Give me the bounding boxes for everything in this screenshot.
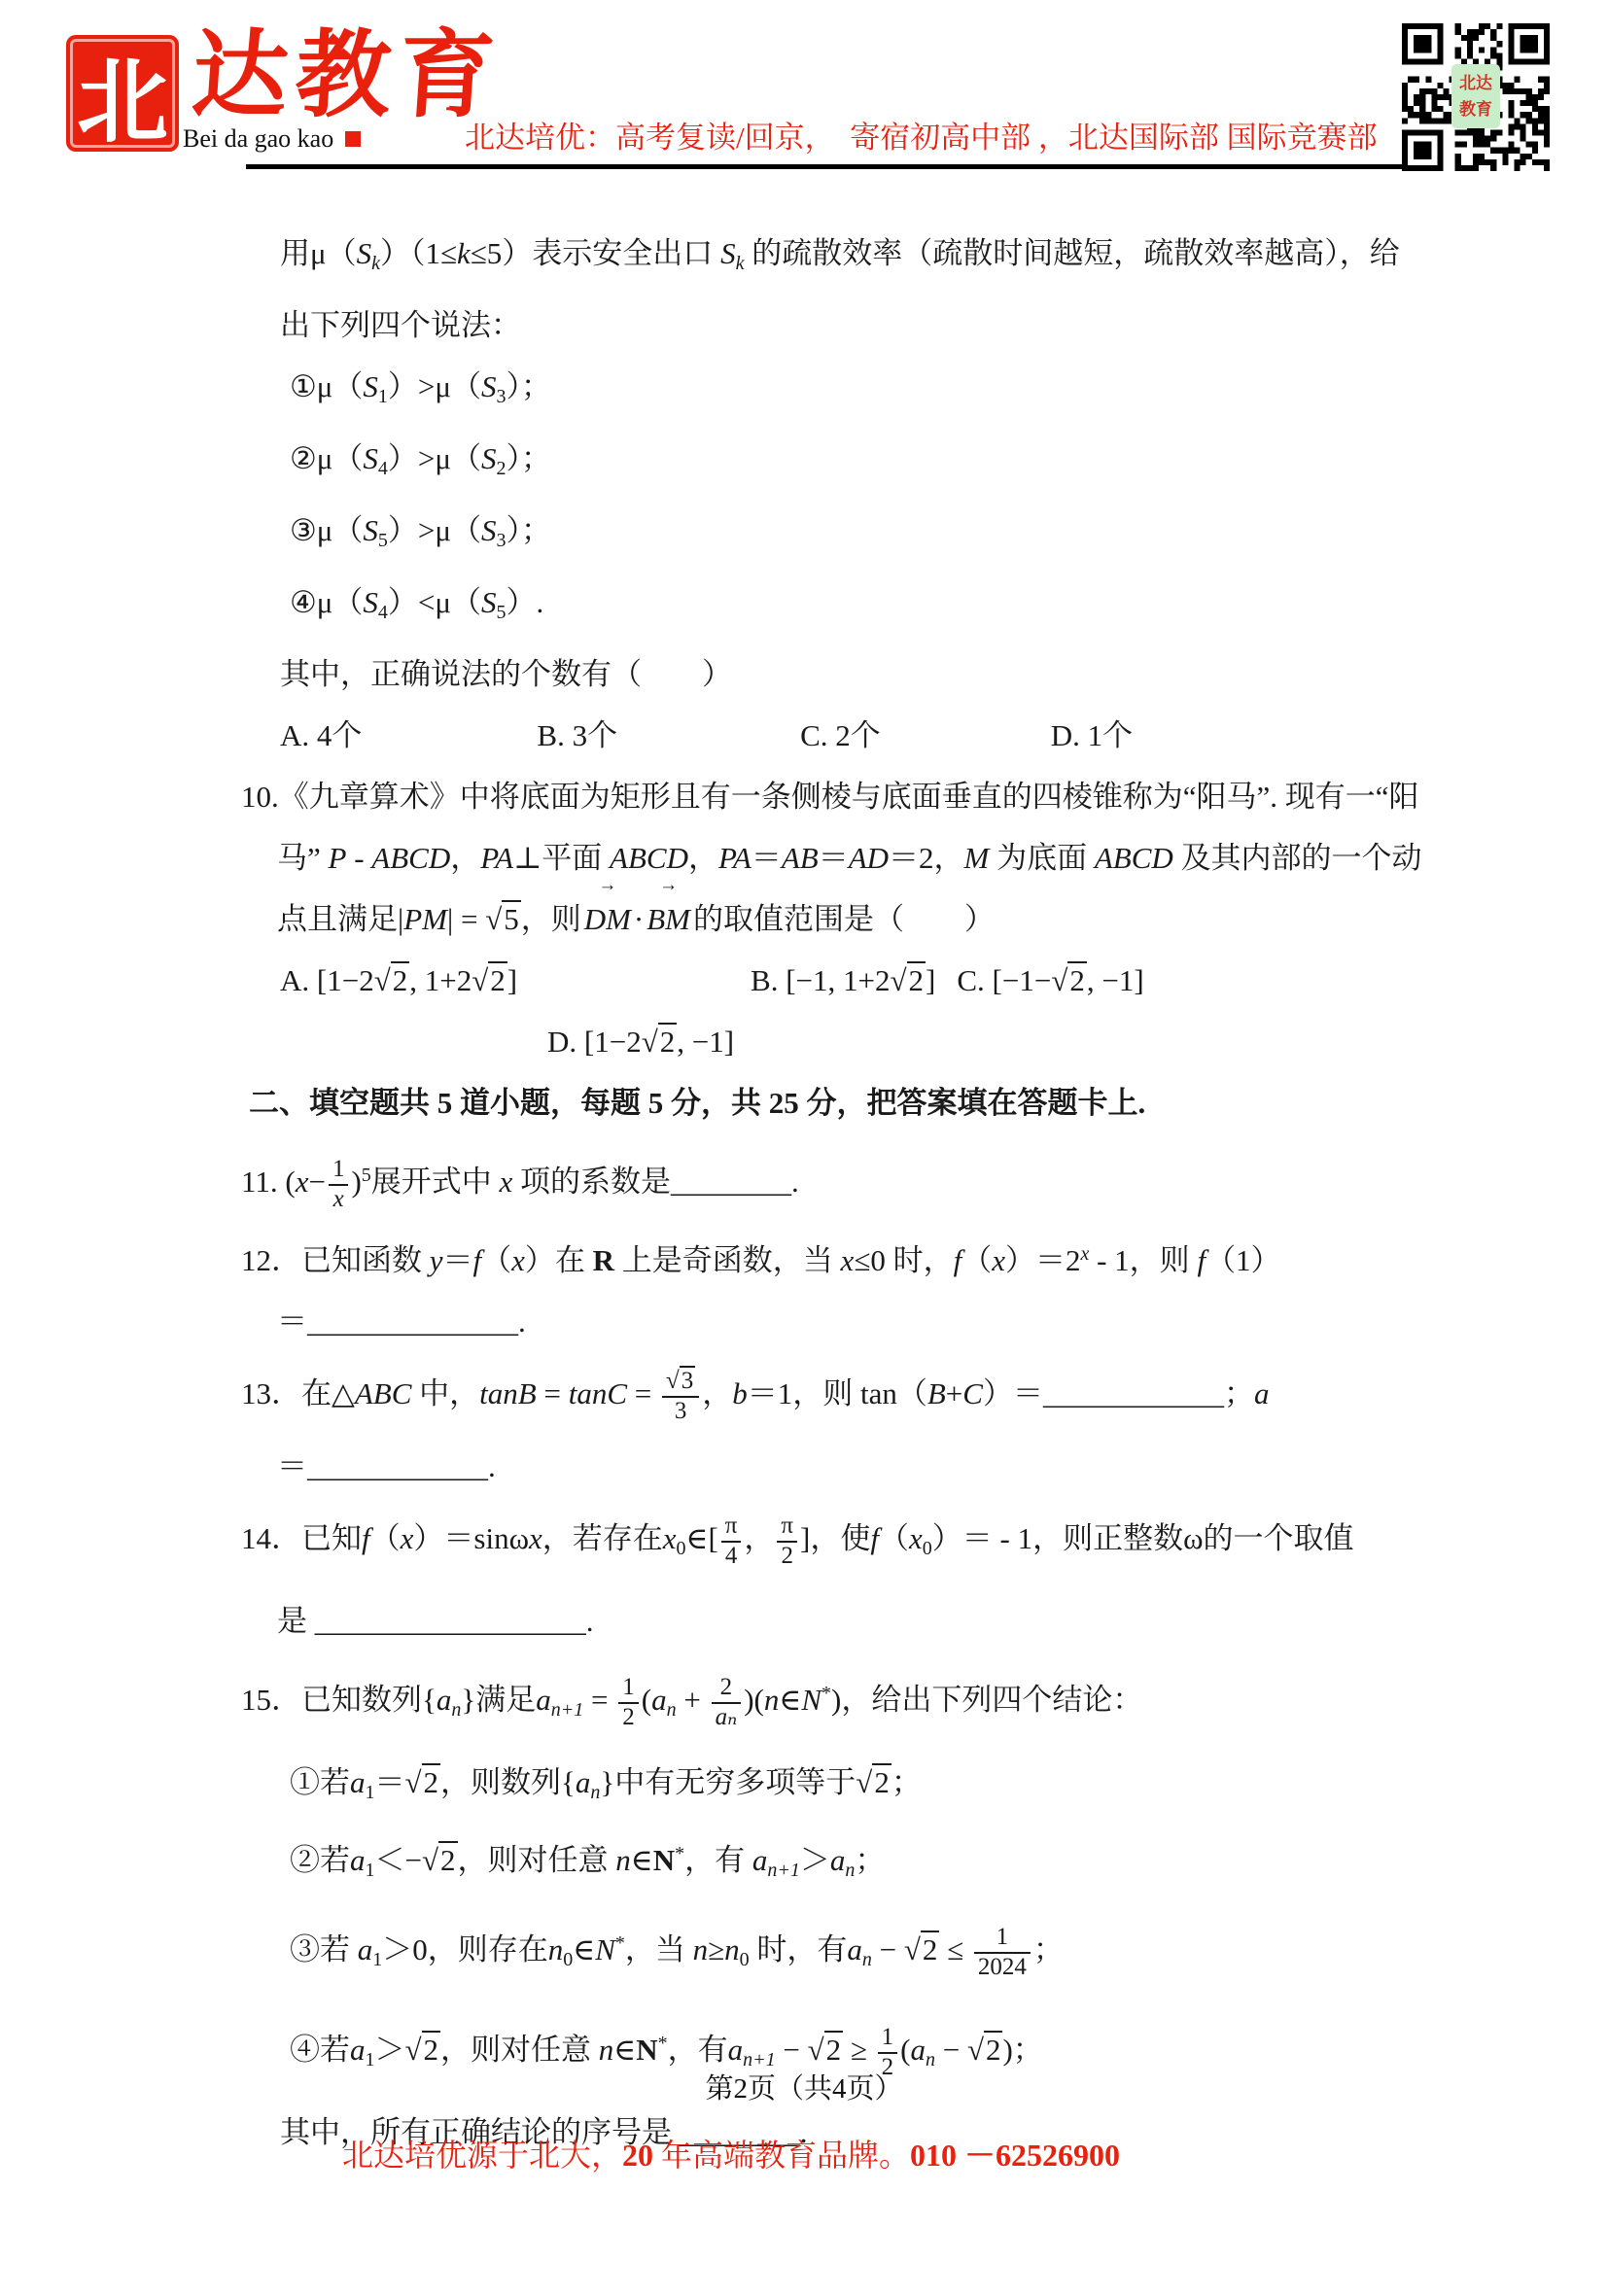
- math-variable: a: [536, 1683, 551, 1717]
- bold-text: R: [593, 1243, 614, 1277]
- text-run: ]，使: [800, 1521, 870, 1555]
- math-variable: x: [909, 1521, 923, 1555]
- text-run: ，则数列{: [440, 1765, 576, 1799]
- text-run: ∈: [631, 1843, 653, 1877]
- math-variable: x: [529, 1521, 542, 1555]
- math-variable: a: [847, 1932, 862, 1966]
- text-run: )；: [1002, 2033, 1042, 2067]
- sqrt-radical: √2: [856, 1763, 891, 1799]
- text-run: ＝1，则 tan（: [748, 1376, 927, 1410]
- text-run: （: [961, 1243, 992, 1277]
- math-variable: n: [764, 1683, 780, 1717]
- brand-calligraphy-text: 达教育: [189, 27, 505, 127]
- header-slogan: 北达培优：高考复读/回京， 寄宿初高中部 ，北达国际部 国际竞赛部: [465, 113, 1378, 157]
- text-run: ）＝ - 1，则正整数ω的一个取值: [932, 1521, 1354, 1555]
- math-variable: x: [401, 1521, 414, 1555]
- superscript: *: [658, 2033, 668, 2054]
- math-variable: n: [599, 2033, 614, 2067]
- math-variable: x: [500, 1165, 513, 1199]
- text-run: 的疏散效率（疏散时间越短，疏散效率越高），给: [744, 236, 1399, 270]
- subscript: 0: [677, 1538, 686, 1559]
- qr-code-center-label: 北达教育: [1451, 64, 1500, 128]
- text-run: ＝____________.: [277, 1449, 496, 1483]
- doc-line: 14．已知f（x）＝sinωx，若存在x0∈[π4，π2]，使f（x0）＝ - …: [0, 1497, 1608, 1590]
- doc-line: A. [1−2√2, 1+2√2]B. [−1, 1+2√2]C. [−1−√2…: [0, 950, 1608, 1011]
- text-run: , 1+2: [409, 963, 472, 997]
- text-run: 用μ（: [280, 236, 357, 270]
- text-run: −: [872, 1932, 904, 1966]
- brand-seal-character: 北: [77, 28, 168, 159]
- text-run: 马”: [277, 841, 329, 875]
- math-variable: ABC: [355, 1376, 412, 1410]
- math-variable: S: [363, 369, 378, 403]
- brand-latin-subtext: Bei da gao kao: [183, 124, 361, 154]
- math-variable: S: [481, 585, 497, 619]
- text-run: ）<μ（: [388, 585, 481, 619]
- vector-arrow: DM: [581, 888, 634, 950]
- math-variable: x: [992, 1243, 1005, 1277]
- math-variable: a: [350, 2033, 366, 2067]
- text-run: 点且满足|: [277, 902, 403, 936]
- subscript: 5: [497, 602, 507, 623]
- text-run: - 1，则: [1089, 1243, 1197, 1277]
- text-run: ④μ（: [290, 585, 363, 619]
- subscript: 3: [497, 386, 507, 407]
- text-run: 为底面: [989, 841, 1095, 875]
- text-run: ≤5）表示安全出口: [471, 236, 720, 270]
- subscript: 1: [372, 1949, 382, 1970]
- text-run: ＞0，则存在: [382, 1932, 548, 1966]
- vector-arrow: BM: [644, 888, 693, 950]
- math-variable: a: [728, 2033, 744, 2067]
- math-variable: f: [1197, 1243, 1206, 1277]
- text-run: (: [900, 2033, 910, 2067]
- subscript: 3: [497, 530, 507, 551]
- text-run: ）；: [507, 369, 552, 403]
- text-run: D. [1−2: [547, 1025, 642, 1059]
- text-run: ，: [450, 841, 480, 875]
- text-run: ∈: [573, 1932, 595, 1966]
- sqrt-radical: √5: [485, 900, 521, 936]
- text-run: ∈[: [686, 1521, 718, 1555]
- text-run: ，则对任意: [458, 1843, 616, 1877]
- fraction: √33: [662, 1368, 699, 1426]
- text-run: , −1]: [677, 1025, 734, 1059]
- fraction: 12024: [974, 1924, 1031, 1982]
- text-run: −: [776, 2033, 808, 2067]
- text-run: C. 2个: [800, 718, 881, 752]
- text-run: ]: [926, 963, 935, 997]
- math-variable: x: [296, 1165, 309, 1199]
- math-variable: a: [437, 1683, 452, 1717]
- text-run: D. 1个: [1051, 718, 1133, 752]
- text-run: 是 __________________.: [277, 1604, 594, 1638]
- text-run: ）＝____________；: [983, 1376, 1254, 1410]
- text-run: ≤: [939, 1932, 971, 1966]
- doc-line: ①若a1＝√2，则数列{an}中有无穷多项等于√2；: [0, 1752, 1608, 1824]
- math-variable: y: [430, 1243, 443, 1277]
- math-variable: f: [870, 1521, 879, 1555]
- math-variable: S: [481, 513, 497, 547]
- math-variable: a: [651, 1683, 667, 1717]
- text-run: 其中，正确说法的个数有（ ）: [280, 657, 732, 691]
- text-run: 12．已知函数: [241, 1243, 430, 1277]
- text-run: ，: [688, 841, 718, 875]
- math-variable: a: [358, 1932, 373, 1966]
- doc-line: 用μ（Sk）（1≤k≤5）表示安全出口 Sk 的疏散效率（疏散时间越短，疏散效率…: [0, 223, 1608, 295]
- text-run: ≤0 时，: [854, 1243, 953, 1277]
- brand-latin-label: Bei da gao kao: [183, 124, 333, 153]
- text-run: A. 4个: [280, 718, 362, 752]
- text-run: ＝: [752, 841, 782, 875]
- text-run: ): [351, 1165, 361, 1199]
- math-variable: S: [363, 585, 378, 619]
- text-run: ，当: [625, 1932, 693, 1966]
- doc-line: ②μ（S4）>μ（S2）；: [0, 428, 1608, 500]
- text-run: ＝______________.: [277, 1305, 526, 1339]
- text-run: =: [627, 1376, 659, 1410]
- subscript: n: [667, 1699, 677, 1721]
- doc-line: D. [1−2√2, −1]: [0, 1011, 1608, 1072]
- text-run: -: [346, 841, 371, 875]
- text-run: （: [481, 1243, 511, 1277]
- text-run: ）>μ（: [388, 369, 481, 403]
- math-variable: S: [357, 236, 372, 270]
- math-variable: PA: [718, 841, 752, 875]
- text-run: ∈: [779, 1683, 801, 1717]
- spacer: [935, 990, 957, 991]
- text-run: 及其内部的一个动: [1173, 841, 1422, 875]
- text-run: ，若存在: [542, 1521, 663, 1555]
- subscript: k: [371, 253, 380, 274]
- doc-line: 马” P - ABCD，PA⊥平面 ABCD，PA＝AB＝AD＝2，M 为底面 …: [0, 827, 1608, 888]
- subscript: 1: [378, 386, 388, 407]
- superscript: *: [675, 1843, 684, 1864]
- text-run: 14．已知: [241, 1521, 362, 1555]
- text-run: ）＝2: [1005, 1243, 1081, 1277]
- sqrt-radical: √2: [808, 2031, 844, 2067]
- doc-line: 12．已知函数 y＝f（x）在 R 上是奇函数，当 x≤0 时，f（x）＝2x …: [0, 1224, 1608, 1291]
- text-run: ）.: [507, 585, 544, 619]
- text-run: =: [583, 1683, 615, 1717]
- text-run: ∈: [613, 2033, 636, 2067]
- math-variable: a: [910, 2033, 926, 2067]
- math-variable: AD: [849, 841, 889, 875]
- sqrt-radical: √2: [472, 961, 507, 997]
- text-run: −: [308, 1165, 325, 1199]
- subscript: n: [451, 1699, 461, 1721]
- subscript: n: [862, 1949, 872, 1970]
- superscript: 5: [362, 1165, 371, 1186]
- text-run: （1）: [1206, 1243, 1281, 1277]
- math-variable: P: [329, 841, 347, 875]
- text-run: ）（1≤: [380, 236, 457, 270]
- exam-page: { "header": { "logo": { "seal_char": "北"…: [0, 0, 1608, 2296]
- sqrt-radical: √2: [1051, 961, 1087, 997]
- text-run: ＝2，: [889, 841, 964, 875]
- text-run: ＝: [375, 1765, 405, 1799]
- text-run: ，则对任意: [440, 2033, 599, 2067]
- text-run: ；: [1033, 1932, 1064, 1966]
- doc-line: ④μ（S4）<μ（S5）.: [0, 572, 1608, 644]
- math-variable: f: [362, 1521, 370, 1555]
- bold-text: N: [636, 2033, 657, 2067]
- math-variable: S: [363, 513, 378, 547]
- text-run: ＞: [800, 1843, 830, 1877]
- text-run: ）>μ（: [388, 513, 481, 547]
- text-run: +: [677, 1683, 709, 1717]
- text-run: ＞: [375, 2033, 405, 2067]
- math-variable: tanB: [479, 1376, 537, 1410]
- math-variable: S: [363, 441, 378, 475]
- text-run: ，: [744, 1521, 774, 1555]
- text-run: ，有: [668, 2033, 728, 2067]
- brand-seal-logo: 北: [66, 35, 179, 152]
- doc-line: ①μ（S1）>μ（S3）；: [0, 356, 1608, 428]
- text-run: ④若: [290, 2033, 350, 2067]
- math-variable: ABCD: [371, 841, 450, 875]
- text-run: ，有: [684, 1843, 752, 1877]
- sqrt-radical: √2: [904, 1931, 940, 1966]
- math-variable: N: [595, 1932, 615, 1966]
- subscript: n+1: [767, 1860, 800, 1881]
- text-run: ②μ（: [290, 441, 363, 475]
- subscript: n: [845, 1860, 855, 1881]
- doc-line: 15．已知数列{an}满足an+1 = 12(an + 2aₙ)(n∈N*)，给…: [0, 1652, 1608, 1752]
- doc-line: 其中，正确说法的个数有（ ）: [0, 644, 1608, 705]
- text-run: +: [946, 1376, 962, 1410]
- text-run: B. 3个: [537, 718, 617, 752]
- text-run: ≥: [843, 2033, 875, 2067]
- fraction: 1x: [329, 1156, 349, 1214]
- math-variable: ABCD: [610, 841, 688, 875]
- text-run: 展开式中: [371, 1165, 500, 1199]
- math-variable: x: [841, 1243, 855, 1277]
- doc-line: A. 4个B. 3个C. 2个D. 1个: [0, 705, 1608, 766]
- doc-line: 11. (x−1x)5展开式中 x 项的系数是________.: [0, 1133, 1608, 1224]
- math-variable: M: [964, 841, 990, 875]
- text-run: 时，有: [750, 1932, 848, 1966]
- doc-line: 10.《九章算术》中将底面为矩形且有一条侧棱与底面垂直的四棱锥称为“阳马”. 现…: [0, 766, 1608, 827]
- brand-red-square-icon: [345, 131, 361, 147]
- sqrt-radical: √2: [374, 961, 410, 997]
- text-run: （: [370, 1521, 401, 1555]
- text-run: }满足: [461, 1683, 536, 1717]
- text-run: 的取值范围是（ ）: [693, 902, 995, 936]
- text-run: ，: [702, 1376, 732, 1410]
- text-run: , −1]: [1087, 963, 1144, 997]
- text-run: ≥: [708, 1932, 724, 1966]
- text-run: ）；: [507, 513, 552, 547]
- footer-contact: 北达培优源于北大，20 年高端教育品牌。010 －62526900: [0, 2131, 1608, 2175]
- text-run: 二、填空题共 5 道小题，每题 5 分，共 25 分，把答案填在答题卡上.: [249, 1086, 1145, 1120]
- sqrt-radical: √2: [422, 1841, 458, 1877]
- text-run: 北达培优源于北大，: [342, 2138, 622, 2173]
- superscript: *: [615, 1932, 625, 1954]
- text-run: ②若: [290, 1843, 350, 1877]
- text-run: ）＝sinω: [413, 1521, 529, 1555]
- header-divider: [246, 164, 1454, 169]
- math-variable: S: [720, 236, 736, 270]
- text-run: }中有无穷多项等于: [600, 1765, 856, 1799]
- doc-line: ②若a1＜−√2，则对任意 n∈N*，有 an+1＞an；: [0, 1824, 1608, 1901]
- spacer: [617, 745, 800, 746]
- text-run: 上是奇函数，当: [614, 1243, 841, 1277]
- text-run: C. [−1−: [957, 963, 1051, 997]
- text-run: ①μ（: [290, 369, 363, 403]
- doc-line: ＝____________.: [0, 1436, 1608, 1497]
- math-variable: a: [350, 1843, 366, 1877]
- math-variable: f: [473, 1243, 482, 1277]
- text-run: （: [879, 1521, 909, 1555]
- spacer: [881, 745, 1051, 746]
- doc-line: ＝______________.: [0, 1291, 1608, 1352]
- math-variable: PA: [480, 841, 513, 875]
- doc-line: 点且满足|PM| = √5，则DM·BM的取值范围是（ ）: [0, 888, 1608, 950]
- math-variable: B: [927, 1376, 946, 1410]
- text-run: ；: [855, 1843, 885, 1877]
- text-run: −: [935, 2033, 967, 2067]
- text-run: 10.《九章算术》中将底面为矩形且有一条侧棱与底面垂直的四棱锥称为“阳马”. 现…: [241, 780, 1419, 814]
- subscript: n+1: [551, 1699, 584, 1721]
- subscript: 4: [378, 458, 388, 479]
- text-run: ）在: [525, 1243, 593, 1277]
- subscript: 5: [378, 530, 388, 551]
- sqrt-radical: √2: [405, 1763, 441, 1799]
- text-run: A. [1−2: [280, 963, 374, 997]
- math-variable: a: [752, 1843, 768, 1877]
- text-run: 11. (: [241, 1165, 296, 1199]
- page-number: 第2页（共4页）: [0, 2067, 1608, 2106]
- text-run: ＝: [819, 841, 849, 875]
- text-run: ＝: [443, 1243, 473, 1277]
- text-run: ＜−: [375, 1843, 422, 1877]
- text-run: ）；: [507, 441, 552, 475]
- text-run: ；: [891, 1765, 922, 1799]
- subscript: 0: [563, 1949, 573, 1970]
- subscript: 0: [923, 1538, 932, 1559]
- text-run: 年高端教育品牌。: [653, 2138, 910, 2173]
- subscript: 4: [378, 602, 388, 623]
- doc-line: 13．在△ABC 中，tanB = tanC = √33，b＝1，则 tan（B…: [0, 1352, 1608, 1436]
- math-variable: a: [576, 1765, 591, 1799]
- text-run: (: [642, 1683, 651, 1717]
- subscript: 0: [740, 1949, 750, 1970]
- fraction: 12: [618, 1674, 639, 1732]
- doc-line: 是 __________________.: [0, 1590, 1608, 1652]
- math-variable: ABCD: [1095, 841, 1173, 875]
- sqrt-radical: √2: [405, 2031, 441, 2067]
- subscript: 1: [366, 1782, 375, 1803]
- text-run: ①若: [290, 1765, 350, 1799]
- math-variable: S: [481, 441, 497, 475]
- text-run: ③μ（: [290, 513, 363, 547]
- doc-line: ③若 a1＞0，则存在n0∈N*，当 n≥n0 时，有an − √2 ≤ 120…: [0, 1901, 1608, 2001]
- math-variable: k: [457, 236, 471, 270]
- doc-line: 出下列四个说法：: [0, 295, 1608, 356]
- math-variable: PM: [403, 902, 447, 936]
- text-run: 13．在△: [241, 1376, 355, 1410]
- sqrt-radical: √2: [891, 961, 926, 997]
- text-run: ）>μ（: [388, 441, 481, 475]
- math-variable: a: [350, 1765, 366, 1799]
- fraction: 2aₙ: [712, 1674, 742, 1732]
- doc-line: 二、填空题共 5 道小题，每题 5 分，共 25 分，把答案填在答题卡上.: [0, 1072, 1608, 1133]
- math-variable: AB: [782, 841, 819, 875]
- math-variable: a: [1254, 1376, 1270, 1410]
- text-run: ③若: [290, 1932, 358, 1966]
- math-variable: S: [481, 369, 497, 403]
- exam-body: 用μ（Sk）（1≤k≤5）表示安全出口 Sk 的疏散效率（疏散时间越短，疏散效率…: [0, 199, 1608, 2163]
- bold-text: 010 －62526900: [910, 2138, 1120, 2173]
- fraction: π2: [777, 1513, 797, 1571]
- subscript: 2: [497, 458, 507, 479]
- math-variable: n: [615, 1843, 631, 1877]
- subscript: n: [590, 1782, 600, 1803]
- fraction: π4: [721, 1513, 742, 1571]
- math-variable: a: [830, 1843, 846, 1877]
- text-run: ⊥平面: [513, 841, 610, 875]
- math-variable: N: [801, 1683, 821, 1717]
- text-run: 中，: [411, 1376, 479, 1410]
- math-variable: b: [732, 1376, 748, 1410]
- math-variable: tanC: [569, 1376, 627, 1410]
- text-run: ]: [507, 963, 517, 997]
- text-run: ·: [634, 902, 644, 936]
- math-variable: n: [724, 1932, 740, 1966]
- text-run: | =: [447, 902, 485, 936]
- math-variable: n: [693, 1932, 709, 1966]
- math-variable: n: [548, 1932, 564, 1966]
- doc-line: ③μ（S5）>μ（S3）；: [0, 500, 1608, 572]
- sqrt-radical: √2: [967, 2031, 1003, 2067]
- math-variable: f: [954, 1243, 962, 1277]
- text-run: 项的系数是________.: [512, 1165, 799, 1199]
- spacer: [517, 990, 751, 991]
- subscript: 1: [366, 1860, 375, 1881]
- text-run: 15．已知数列{: [241, 1683, 437, 1717]
- text-run: 出下列四个说法：: [280, 308, 521, 342]
- text-run: )(: [744, 1683, 764, 1717]
- text-run: B. [−1, 1+2: [751, 963, 890, 997]
- text-run: )，给出下列四个结论：: [831, 1683, 1142, 1717]
- bold-text: 20: [622, 2138, 653, 2173]
- bold-text: N: [653, 1843, 675, 1877]
- text-run: =: [537, 1376, 569, 1410]
- math-variable: C: [962, 1376, 983, 1410]
- spacer: [362, 745, 537, 746]
- sqrt-radical: √2: [642, 1023, 678, 1059]
- math-variable: x: [511, 1243, 525, 1277]
- text-run: ，则: [521, 902, 581, 936]
- superscript: *: [821, 1683, 831, 1704]
- math-variable: x: [663, 1521, 677, 1555]
